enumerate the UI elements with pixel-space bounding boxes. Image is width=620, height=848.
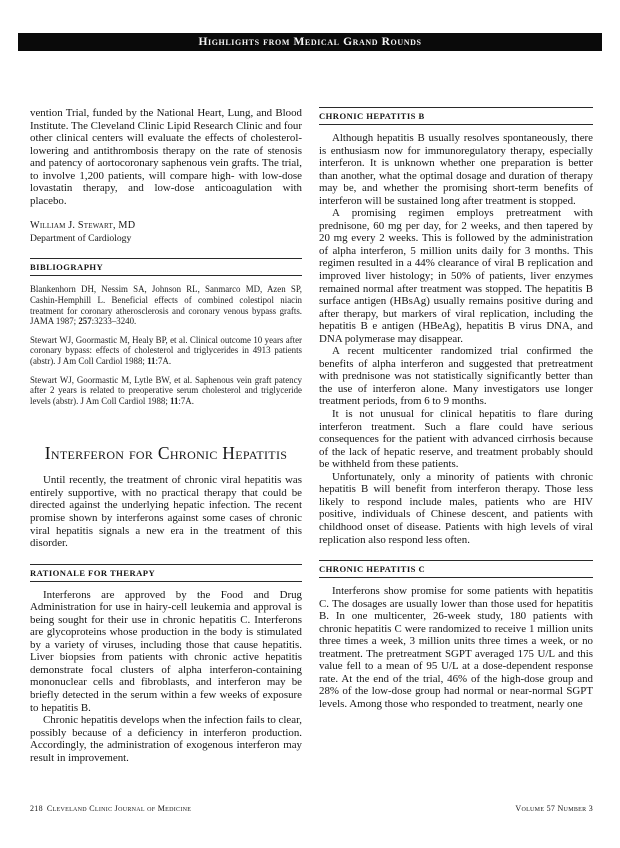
author-department: Department of Cardiology [30, 233, 302, 244]
banner-title: Highlights from Medical Grand Rounds [198, 36, 421, 48]
bib-entry-text: Blankenhorn DH, Nessim SA, Johnson RL, S… [30, 284, 302, 326]
hepatitis-b-paragraph: It is not unusual for clinical hepatitis… [319, 408, 593, 471]
hepatitis-b-paragraph: A promising regimen employs pretreatment… [319, 207, 593, 345]
page-footer: 218Cleveland Clinic Journal of Medicine … [30, 804, 593, 813]
footer-left: 218Cleveland Clinic Journal of Medicine [30, 804, 191, 813]
intro-paragraph: vention Trial, funded by the National He… [30, 107, 302, 207]
bib-entry-pages: :7A. [156, 356, 172, 366]
hepatitis-b-paragraph: Although hepatitis B usually resolves sp… [319, 132, 593, 207]
journal-page: { "banner": { "title": "Highlights from … [0, 0, 620, 848]
bib-entry-text: Stewart WJ, Goormastic M, Lytle BW, et a… [30, 375, 302, 406]
section-banner: Highlights from Medical Grand Rounds [18, 33, 602, 51]
bib-entry-volume: 257 [78, 316, 91, 326]
bibliography-heading: BIBLIOGRAPHY [30, 258, 302, 276]
hepatitis-c-paragraph: Interferons show promise for some patien… [319, 585, 593, 710]
bib-entry-pages: :7A. [178, 396, 194, 406]
hepatitis-b-paragraph: A recent multicenter randomized trial co… [319, 345, 593, 408]
hepatitis-b-paragraph: Unfortunately, only a minority of patien… [319, 471, 593, 546]
bibliography-entry: Stewart WJ, Goormastic M, Healy BP, et a… [30, 335, 302, 367]
rationale-heading: RATIONALE FOR THERAPY [30, 564, 302, 582]
article-intro-paragraph: Until recently, the treatment of chronic… [30, 474, 302, 549]
author-name: William J. Stewart, MD [30, 220, 302, 231]
author-block: William J. Stewart, MD Department of Car… [30, 220, 302, 244]
bib-entry-volume: 11 [147, 356, 155, 366]
bibliography-entry: Blankenhorn DH, Nessim SA, Johnson RL, S… [30, 284, 302, 326]
rationale-paragraph: Interferons are approved by the Food and… [30, 589, 302, 714]
footer-issue: Volume 57 Number 3 [515, 804, 593, 813]
left-column: vention Trial, funded by the National He… [30, 107, 302, 764]
two-column-body: vention Trial, funded by the National He… [30, 107, 593, 764]
right-column: CHRONIC HEPATITIS B Although hepatitis B… [319, 107, 593, 764]
hepatitis-c-heading: CHRONIC HEPATITIS C [319, 560, 593, 578]
footer-page-number: 218 [30, 804, 43, 813]
article-title: Interferon for Chronic Hepatitis [30, 443, 302, 464]
bib-entry-pages: :3233–3240. [92, 316, 137, 326]
hepatitis-b-heading: CHRONIC HEPATITIS B [319, 107, 593, 125]
rationale-paragraph: Chronic hepatitis develops when the infe… [30, 714, 302, 764]
bibliography-entry: Stewart WJ, Goormastic M, Lytle BW, et a… [30, 375, 302, 407]
footer-journal-name: Cleveland Clinic Journal of Medicine [47, 804, 191, 813]
